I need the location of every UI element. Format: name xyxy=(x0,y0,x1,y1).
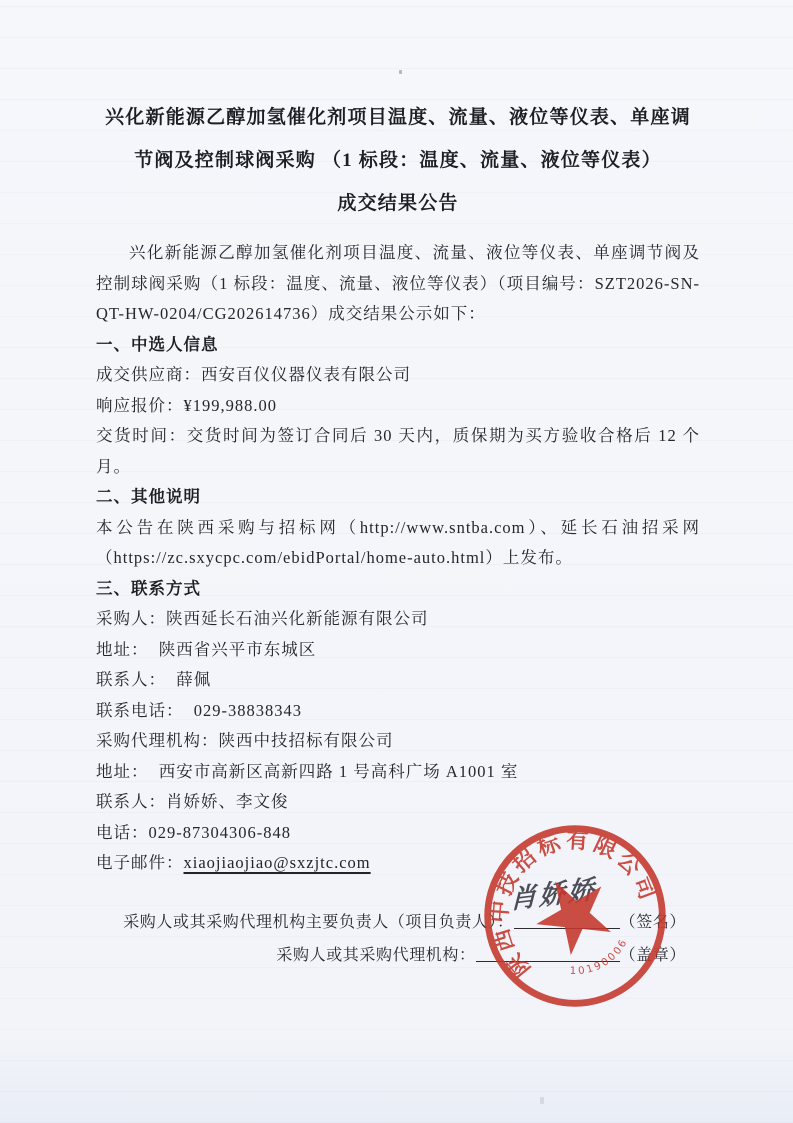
purchaser-contact: 联系人： 薛佩 xyxy=(96,665,700,696)
title-line-1: 兴化新能源乙醇加氢催化剂项目温度、流量、液位等仪表、单座调 xyxy=(96,96,700,139)
agency-address: 地址： 西安市高新区高新四路 1 号高科广场 A1001 室 xyxy=(96,757,700,788)
intro-paragraph: 兴化新能源乙醇加氢催化剂项目温度、流量、液位等仪表、单座调节阀及控制球阀采购（1… xyxy=(96,238,700,330)
scan-artifact xyxy=(399,70,402,74)
seal-star-icon xyxy=(523,863,624,963)
purchaser-address: 地址： 陕西省兴平市东城区 xyxy=(96,635,700,666)
purchaser-name: 采购人：陕西延长石油兴化新能源有限公司 xyxy=(96,604,700,635)
document-page: 兴化新能源乙醇加氢催化剂项目温度、流量、液位等仪表、单座调 节阀及控制球阀采购 … xyxy=(0,0,793,1123)
page-title: 兴化新能源乙醇加氢催化剂项目温度、流量、液位等仪表、单座调 节阀及控制球阀采购 … xyxy=(96,96,700,225)
section1-heading: 一、中选人信息 xyxy=(96,330,700,361)
publication-notice: 本公告在陕西采购与招标网（http://www.sntba.com）、延长石油招… xyxy=(96,513,700,574)
agency-name: 采购代理机构：陕西中技招标有限公司 xyxy=(96,726,700,757)
delivery-terms: 交货时间：交货时间为签订合同后 30 天内，质保期为买方验收合格后 12 个月。 xyxy=(96,421,700,482)
email-link[interactable]: xiaojiaojiao@sxzjtc.com xyxy=(184,853,371,872)
section3-heading: 三、联系方式 xyxy=(96,574,700,605)
company-seal-stamp: 陕西中技招标有限公司 6101900061 xyxy=(478,819,672,1013)
bid-price: 响应报价：¥199,988.00 xyxy=(96,391,700,422)
winning-supplier: 成交供应商：西安百仪仪器仪表有限公司 xyxy=(96,360,700,391)
signoff-line2-label: 采购人或其采购代理机构： xyxy=(276,947,475,964)
purchaser-phone: 联系电话： 029-38838343 xyxy=(96,696,700,727)
email-label: 电子邮件： xyxy=(96,853,184,872)
signoff-line1-label: 采购人或其采购代理机构主要负责人（项目负责人）： xyxy=(123,914,513,931)
title-line-2: 节阀及控制球阀采购 （1 标段：温度、流量、液位等仪表） xyxy=(96,139,700,182)
section2-heading: 二、其他说明 xyxy=(96,482,700,513)
title-line-3: 成交结果公告 xyxy=(96,182,700,225)
agency-contact: 联系人：肖娇娇、李文俊 xyxy=(96,787,700,818)
scan-artifact xyxy=(540,1097,544,1104)
